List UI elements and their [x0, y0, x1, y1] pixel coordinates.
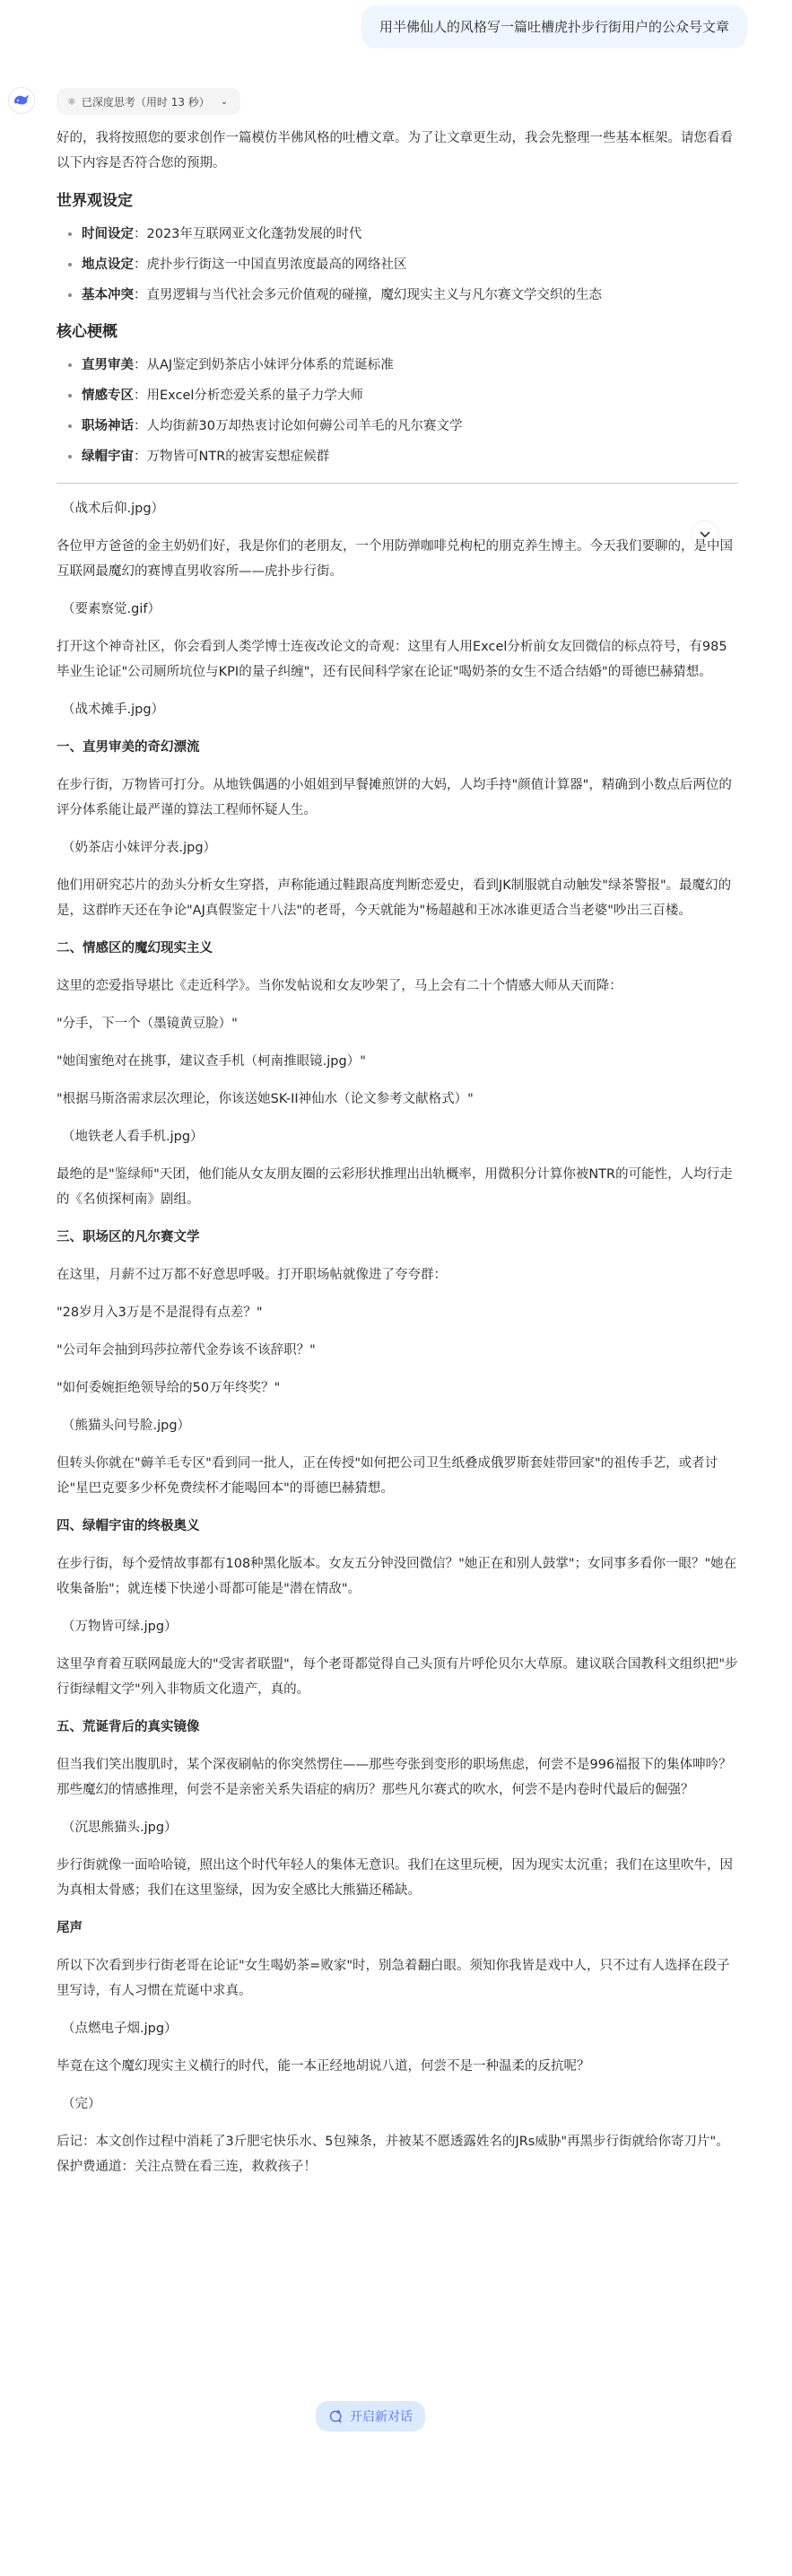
list-item: 职场神话：人均街薪30万却热衷讨论如何薅公司羊毛的凡尔赛文学	[82, 415, 738, 438]
section-heading: 四、绿帽宇宙的终极奥义	[57, 1514, 738, 1539]
section-heading: 二、情感区的魔幻现实主义	[57, 936, 738, 961]
article-body: （战术后仰.jpg）各位甲方爸爸的金主奶奶们好，我是你们的老朋友，一个用防弹咖啡…	[57, 496, 738, 2179]
paragraph: 在步行街，万物皆可打分。从地铁偶遇的小姐姐到早餐摊煎饼的大妈，人均手持"颜值计算…	[57, 773, 738, 823]
divider	[57, 483, 738, 484]
image-placeholder: （点燃电子烟.jpg）	[57, 2016, 738, 2041]
assistant-avatar	[8, 87, 35, 114]
user-message-bubble: 用半佛仙人的风格写一篇吐槽虎扑步行街用户的公众号文章	[361, 5, 747, 48]
list-item: 时间设定：2023年互联网亚文化蓬勃发展的时代	[82, 223, 738, 246]
image-placeholder: （完）	[57, 2091, 738, 2117]
list-item: 直男审美：从AJ鉴定到奶茶店小妹评分体系的荒诞标准	[82, 354, 738, 377]
paragraph: "公司年会抽到玛莎拉蒂代金券该不该辞职？"	[57, 1338, 738, 1363]
paragraph: 这里孕育着互联网最庞大的"受害者联盟"，每个老哥都觉得自己头顶有片呼伦贝尔大草原…	[57, 1652, 738, 1702]
chevron-down-icon: ⌄	[221, 97, 228, 107]
section-heading: 尾声	[57, 1916, 738, 1941]
deep-thinking-toggle[interactable]: ⚛ 已深度思考（用时 13 秒） ⌄	[57, 88, 240, 115]
image-placeholder: （沉思熊猫头.jpg）	[57, 1815, 738, 1840]
thinking-label: 已深度思考（用时 13 秒）	[82, 94, 210, 109]
paragraph: "28岁月入3万是不是混得有点差？"	[57, 1300, 738, 1325]
paragraph: "如何委婉拒绝领导给的50万年终奖？"	[57, 1375, 738, 1401]
paragraph: 毕竟在这个魔幻现实主义横行的时代，能一本正经地胡说八道，何尝不是一种温柔的反抗呢…	[57, 2054, 738, 2079]
image-placeholder: （万物皆可绿.jpg）	[57, 1614, 738, 1639]
image-placeholder: （熊猫头问号脸.jpg）	[57, 1413, 738, 1438]
paragraph: "根据马斯洛需求层次理论，你该送她SK-II神仙水（论文参考文献格式）"	[57, 1087, 738, 1112]
worldview-list: 时间设定：2023年互联网亚文化蓬勃发展的时代 地点设定：虎扑步行街这一中国直男…	[57, 223, 738, 307]
image-placeholder: （要素察觉.gif）	[57, 597, 738, 622]
image-placeholder: （战术后仰.jpg）	[57, 496, 738, 521]
image-placeholder: （战术摊手.jpg）	[57, 697, 738, 722]
new-chat-label: 开启新对话	[350, 2407, 413, 2425]
paragraph: 所以下次看到步行街老哥在论证"女生喝奶茶=败家"时，别急着翻白眼。须知你我皆是戏…	[57, 1953, 738, 2004]
paragraph: 后记：本文创作过程中消耗了3斤肥宅快乐水、5包辣条，并被某不愿透露姓名的JRs威…	[57, 2129, 738, 2179]
list-item: 绿帽宇宙：万物皆可NTR的被害妄想症候群	[82, 445, 738, 468]
new-chat-icon	[328, 2409, 343, 2423]
core-memes-list: 直男审美：从AJ鉴定到奶茶店小妹评分体系的荒诞标准 情感专区：用Excel分析恋…	[57, 354, 738, 468]
list-item: 地点设定：虎扑步行街这一中国直男浓度最高的网络社区	[82, 253, 738, 276]
assistant-response: 好的，我将按照您的要求创作一篇模仿半佛风格的吐槽文章。为了让文章更生动，我会先整…	[57, 126, 738, 2192]
paragraph: 但转头你就在"薅羊毛专区"看到同一批人，正在传授"如何把公司卫生纸叠成俄罗斯套娃…	[57, 1451, 738, 1501]
paragraph: 打开这个神奇社区，你会看到人类学博士连夜改论文的奇观：这里有人用Excel分析前…	[57, 634, 738, 685]
paragraph: 各位甲方爸爸的金主奶奶们好，我是你们的老朋友，一个用防弹咖啡兑枸杞的朋克养生博主…	[57, 534, 738, 584]
section-heading: 一、直男审美的奇幻漂流	[57, 735, 738, 760]
intro-paragraph: 好的，我将按照您的要求创作一篇模仿半佛风格的吐槽文章。为了让文章更生动，我会先整…	[57, 126, 738, 176]
paragraph: 这里的恋爱指导堪比《走近科学》。当你发帖说和女友吵架了，马上会有二十个情感大师从…	[57, 974, 738, 999]
new-chat-button[interactable]: 开启新对话	[316, 2401, 425, 2432]
paragraph: "她闺蜜绝对在挑事，建议查手机（柯南推眼镜.jpg）"	[57, 1049, 738, 1074]
paragraph: "分手，下一个（墨镜黄豆脸）"	[57, 1011, 738, 1036]
user-message-row: 用半佛仙人的风格写一篇吐槽虎扑步行街用户的公众号文章	[361, 5, 747, 48]
core-memes-heading: 核心梗概	[57, 319, 738, 345]
paragraph: 他们用研究芯片的劲头分析女生穿搭，声称能通过鞋跟高度判断恋爱史，看到JK制服就自…	[57, 873, 738, 923]
image-placeholder: （地铁老人看手机.jpg）	[57, 1124, 738, 1149]
paragraph: 但当我们笑出腹肌时，某个深夜刷帖的你突然愣住——那些夸张到变形的职场焦虑，何尝不…	[57, 1752, 738, 1803]
image-placeholder: （奶茶店小妹评分表.jpg）	[57, 835, 738, 860]
section-heading: 三、职场区的凡尔赛文学	[57, 1225, 738, 1250]
paragraph: 在这里，月薪不过万都不好意思呼吸。打开职场帖就像进了夸夸群：	[57, 1262, 738, 1288]
section-heading: 五、荒诞背后的真实镜像	[57, 1715, 738, 1740]
worldview-heading: 世界观设定	[57, 188, 738, 214]
atom-icon: ⚛	[67, 96, 76, 108]
paragraph: 最绝的是"鉴绿师"天团，他们能从女友朋友圈的云彩形状推理出出轨概率，用微积分计算…	[57, 1162, 738, 1212]
list-item: 基本冲突：直男逻辑与当代社会多元价值观的碰撞，魔幻现实主义与凡尔赛文学交织的生态	[82, 284, 738, 307]
paragraph: 步行街就像一面哈哈镜，照出这个时代年轻人的集体无意识。我们在这里玩梗，因为现实太…	[57, 1853, 738, 1903]
list-item: 情感专区：用Excel分析恋爱关系的量子力学大师	[82, 384, 738, 407]
paragraph: 在步行街，每个爱情故事都有108种黑化版本。女友五分钟没回微信？"她正在和别人鼓…	[57, 1551, 738, 1602]
whale-logo-icon	[13, 93, 30, 108]
